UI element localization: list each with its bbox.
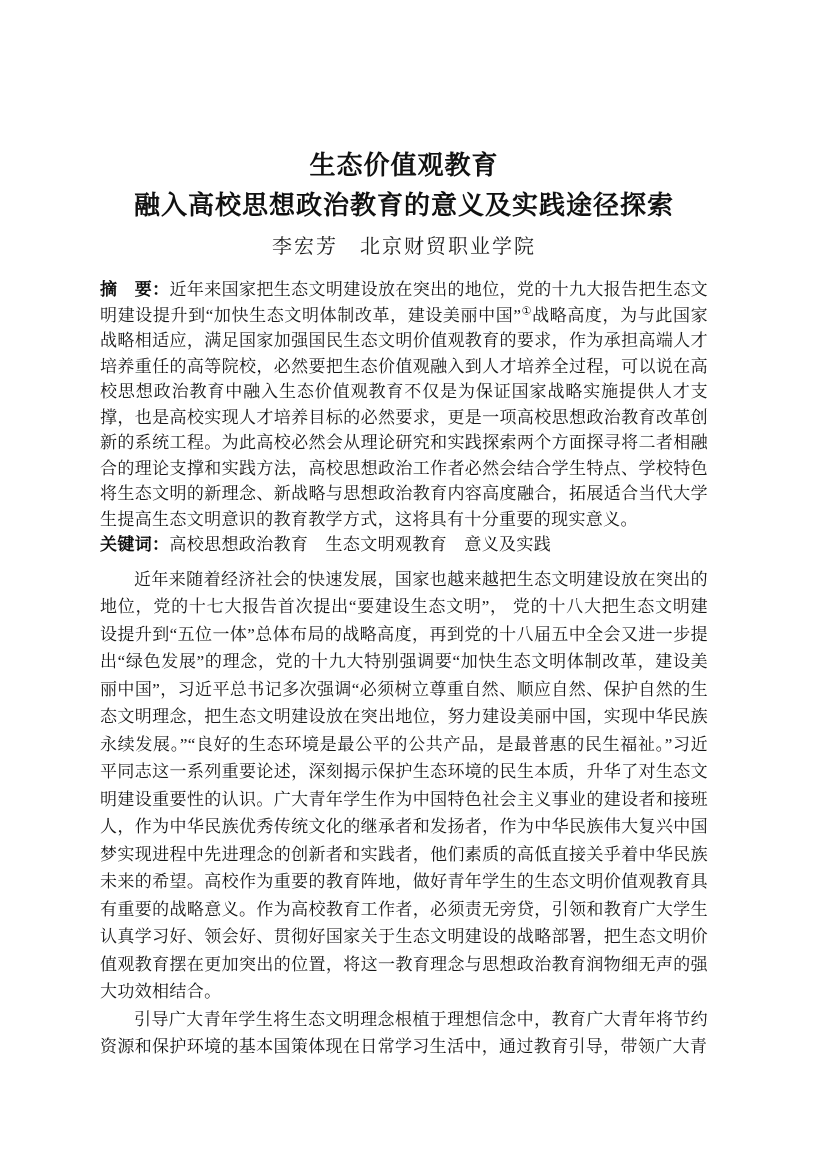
paper-title-line1: 生态价值观教育	[100, 145, 708, 185]
abstract-text-after-note: 战略高度，为与此国家战略相适应，满足国家加强国民生态文明价值观教育的要求，作为承…	[100, 306, 708, 529]
body-paragraph-1: 近年来随着经济社会的快速发展，国家也越来越把生态文明建设放在突出的地位，党的十七…	[100, 566, 708, 1006]
keywords-text: 高校思想政治教育 生态文明观教育 意义及实践	[169, 535, 551, 554]
abstract-paragraph: 摘 要：近年来国家把生态文明建设放在突出的地位，党的十九大报告把生态文明建设提升…	[100, 277, 708, 532]
author-byline: 李宏芳 北京财贸职业学院	[100, 233, 708, 261]
keywords-label: 关键词：	[100, 535, 169, 554]
document-page: 生态价值观教育 融入高校思想政治教育的意义及实践途径探索 李宏芳 北京财贸职业学…	[0, 0, 826, 1169]
body-paragraph-2: 引导广大青年学生将生态文明理念根植于理想信念中，教育广大青年将节约资源和保护环境…	[100, 1006, 708, 1061]
paper-title-line2: 融入高校思想政治教育的意义及实践途径探索	[100, 185, 708, 225]
footnote-marker: ①	[521, 305, 532, 317]
keywords-line: 关键词：高校思想政治教育 生态文明观教育 意义及实践	[100, 532, 708, 558]
abstract-label: 摘 要：	[100, 280, 170, 299]
